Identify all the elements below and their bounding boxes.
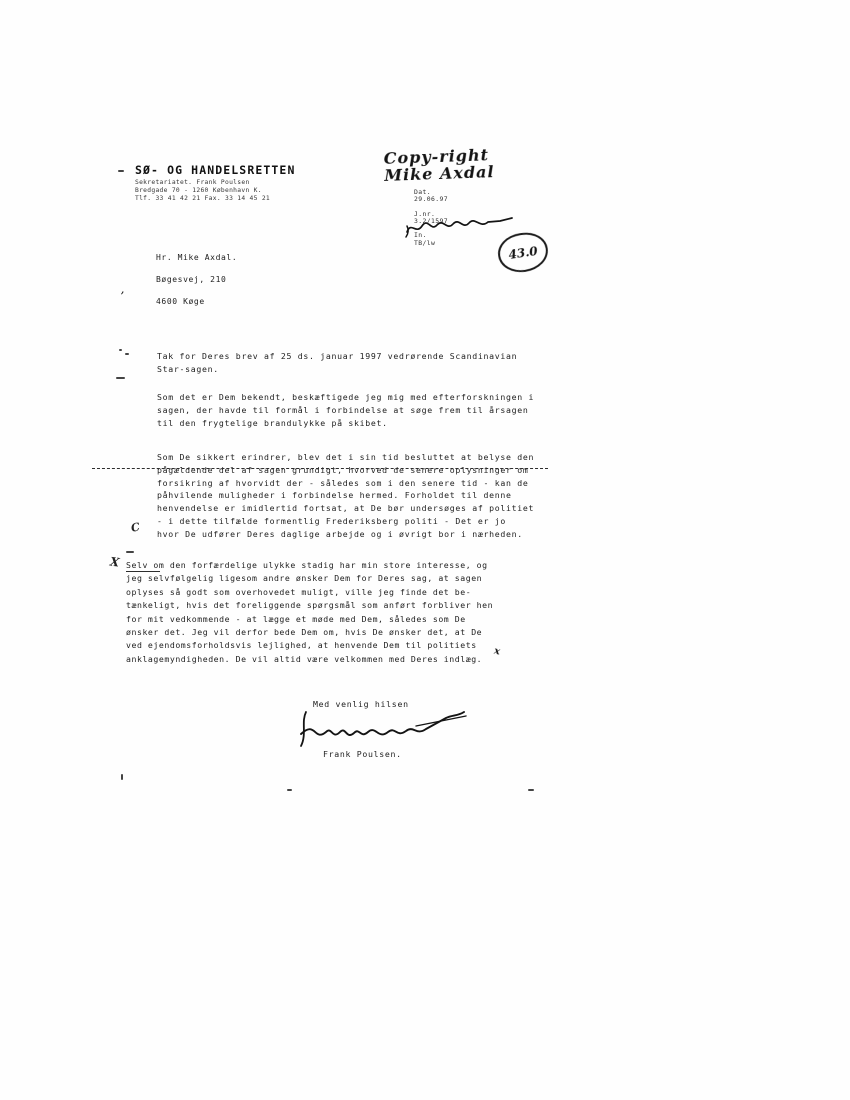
letterhead: SØ- OG HANDELSRETTEN Sekretariatet. Fran… — [135, 163, 295, 202]
paragraph-x-mark: X — [109, 554, 120, 569]
handwritten-copyright-line2: Mike Axdal — [384, 163, 495, 184]
scan-speck — [121, 774, 123, 780]
underline-first-word — [126, 571, 160, 572]
body-paragraph-3-rest: forsikring af hvorvidt der - således som… — [157, 477, 557, 541]
letterhead-sub-line2: Bredgade 70 - 1260 København K. — [135, 187, 295, 195]
letterhead-sub-line3: Tlf. 33 41 42 21 Fax. 33 14 45 21 — [135, 195, 295, 203]
scan-speck — [118, 170, 124, 172]
recipient-city: 4600 Køge — [156, 296, 237, 307]
body-paragraph-2: Som det er Dem bekendt, beskæftigede jeg… — [157, 391, 557, 429]
scan-speck — [119, 349, 122, 351]
scan-speck — [528, 789, 534, 791]
signature-scribble-main — [296, 708, 471, 752]
letterhead-sub-line1: Sekretariatet. Frank Poulsen — [135, 179, 295, 187]
file-number: 43.0 — [508, 244, 539, 262]
scan-speck — [126, 551, 134, 553]
body-paragraph-4: Selv om den forfærdelige ulykke stadig h… — [126, 559, 546, 666]
scan-speck — [116, 377, 125, 379]
signature-scribble-top — [404, 216, 516, 240]
body-paragraph-1: Tak for Deres brev af 25 ds. januar 1997… — [157, 350, 557, 376]
strike-through-line — [92, 468, 548, 469]
recipient-address: Hr. Mike Axdal. Bøgesvej, 210 4600 Køge — [156, 241, 237, 318]
handwritten-copyright: Copy-right Mike Axdal — [383, 146, 494, 184]
body-paragraph-3-line1: Som De sikkert erindrer, blev det i sin … — [157, 451, 557, 464]
margin-check-mark: C — [130, 520, 141, 535]
signer-name: Frank Poulsen. — [323, 748, 402, 761]
margin-tick-mark: , — [121, 286, 124, 296]
body-paragraph-3-struck-line: pågældende del af sagen grundigt, hvorve… — [157, 464, 557, 477]
scanned-letter-page: SØ- OG HANDELSRETTEN Sekretariatet. Fran… — [0, 0, 850, 1100]
stamp-date-value: 29.06.97 — [414, 195, 448, 203]
recipient-street: Bøgesvej, 210 — [156, 274, 237, 285]
stamp-row-date: Dat. 29.06.97 — [414, 182, 448, 204]
letterhead-title: SØ- OG HANDELSRETTEN — [135, 163, 295, 177]
recipient-name: Hr. Mike Axdal. — [156, 252, 237, 263]
scan-speck — [125, 353, 129, 355]
scan-speck — [287, 789, 292, 791]
